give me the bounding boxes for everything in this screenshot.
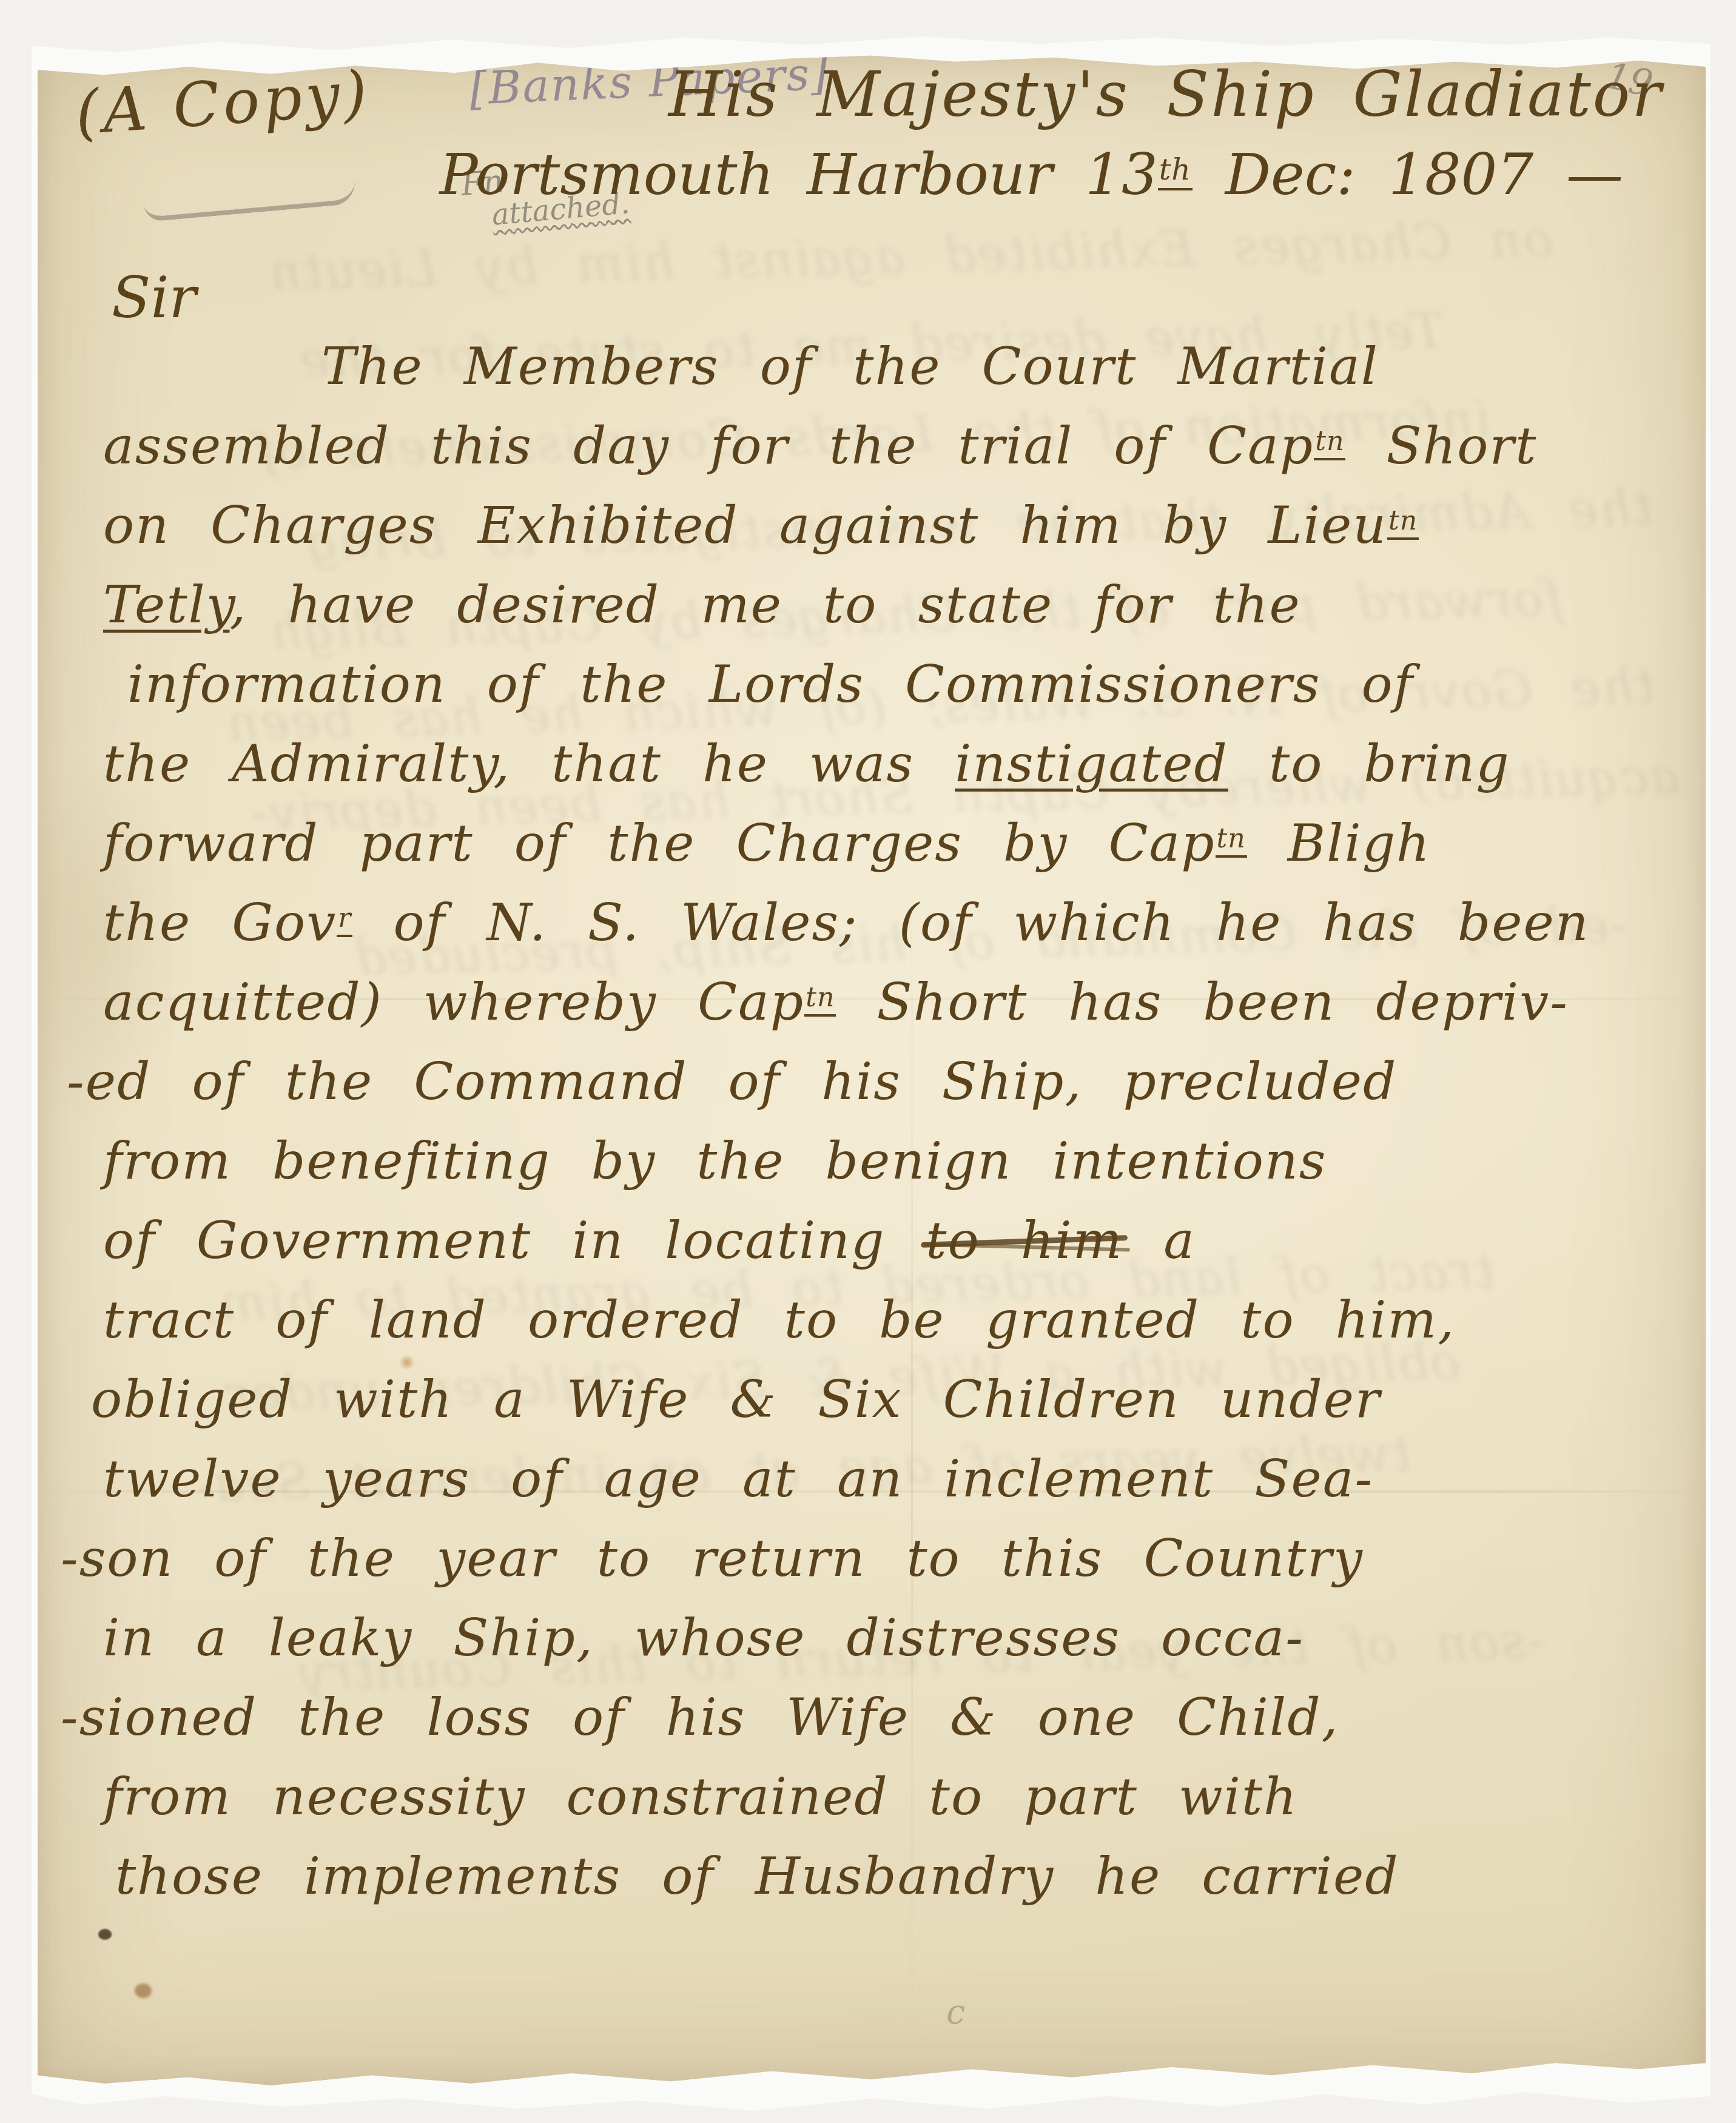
letter-text-segment: of Government in locating [103, 1211, 926, 1271]
letter-page: on Charges Exhibited against him by Lieu… [38, 52, 1706, 2085]
letter-text-segment: instigated [955, 734, 1228, 794]
letter-text-segment: tn [1216, 823, 1247, 858]
letter-text-segment: those implements of Husbandry he carried [115, 1846, 1399, 1906]
letter-line: obliged with a Wife & Six Children under [91, 1370, 1681, 1449]
letter-line: those implements of Husbandry he carried [115, 1846, 1681, 1926]
letter-line: from benefiting by the benign intentions [103, 1131, 1681, 1211]
letterhead: His Majesty's Ship Gladiator Portsmouth … [440, 59, 1663, 208]
letter-text-segment: a [1123, 1211, 1196, 1271]
letter-text-segment: -ed of the Command of his Ship, preclude… [67, 1052, 1397, 1112]
letter-line: on Charges Exhibited against him by Lieu… [103, 496, 1681, 575]
letter-text-segment: on Charges Exhibited against him by Lieu [103, 496, 1387, 556]
letter-text-segment: to bring [1228, 734, 1510, 794]
letter-text-segment: tract of land ordered to be granted to h… [103, 1290, 1455, 1350]
letter-text-segment: from benefiting by the benign intentions [103, 1131, 1327, 1191]
letter-text-segment: assembled this day for the trial of Cap [103, 416, 1314, 476]
letter-text-segment: obliged with a Wife & Six Children under [91, 1370, 1381, 1430]
letter-text-segment: -son of the year to return to this Count… [61, 1529, 1364, 1589]
letter-line: The Members of the Court Martial [321, 337, 1681, 416]
date-line-post: Dec: 1807 — [1193, 142, 1623, 208]
bleed-through-text: on Charges Exhibited against him by Lieu… [267, 210, 1554, 301]
letter-line: in a leaky Ship, whose distresses occa- [103, 1608, 1681, 1687]
letter-line: Tetly, have desired me to state for the [103, 575, 1681, 654]
letter-text-segment: Tetly [103, 575, 229, 635]
ink-dot [98, 1929, 112, 1940]
stain [135, 1983, 152, 1998]
letter-text-segment: from necessity constrained to part with [103, 1767, 1298, 1827]
date-line-pre: Portsmouth Harbour 13 [440, 142, 1158, 208]
letter-text-segment: tn [1387, 505, 1419, 540]
letter-line: the Govr of N. S. Wales; (of which he ha… [103, 893, 1681, 972]
date-line: Portsmouth Harbour 13th Dec: 1807 — [440, 142, 1663, 208]
letter-body: The Members of the Court Martialassemble… [103, 337, 1681, 1926]
letter-line: information of the Lords Commissioners o… [127, 654, 1681, 734]
letter-text-segment: tn [1314, 426, 1345, 460]
letter-text-segment: Short has been depriv- [836, 972, 1569, 1032]
letter-text-segment: in a leaky Ship, whose distresses occa- [103, 1608, 1304, 1668]
letter-text-segment: tn [804, 982, 836, 1017]
letter-text-segment: , have desired me to state for the [229, 575, 1300, 635]
letter-line: the Admiralty, that he was instigated to… [103, 734, 1681, 813]
letter-line: assembled this day for the trial of Capt… [103, 416, 1681, 496]
salutation: Sir [112, 265, 196, 331]
letter-text-segment: to him [926, 1211, 1123, 1271]
letter-text-segment: acquitted) whereby Cap [103, 972, 804, 1032]
letter-line: from necessity constrained to part with [103, 1767, 1681, 1846]
letter-line: -ed of the Command of his Ship, preclude… [67, 1052, 1681, 1131]
letter-text-segment: the Gov [103, 893, 337, 953]
letter-line: twelve years of age at an inclement Sea- [103, 1449, 1681, 1529]
letter-line: -sioned the loss of his Wife & one Child… [61, 1687, 1681, 1767]
scan-background: on Charges Exhibited against him by Lieu… [0, 0, 1736, 2123]
letter-line: -son of the year to return to this Count… [61, 1529, 1681, 1608]
letter-text-segment: the Admiralty, that he was [103, 734, 955, 794]
date-line-superscript: th [1158, 152, 1193, 190]
letter-text-segment: forward part of the Charges by Cap [103, 813, 1216, 873]
letter-text-segment: of N. S. Wales; (of which he has been [352, 893, 1589, 953]
bottom-pencil-mark: c [946, 1993, 965, 2032]
letter-text-segment: -sioned the loss of his Wife & one Child… [61, 1687, 1339, 1748]
letter-text-segment: information of the Lords Commissioners o… [127, 654, 1414, 715]
letter-line: tract of land ordered to be granted to h… [103, 1290, 1681, 1370]
letter-line: acquitted) whereby Captn Short has been … [103, 972, 1681, 1052]
letter-text-segment: Bligh [1247, 813, 1431, 873]
letter-line: forward part of the Charges by Captn Bli… [103, 813, 1681, 893]
letter-text-segment: Short [1345, 416, 1537, 476]
pencil-squiggle [143, 181, 357, 222]
letter-text-segment: twelve years of age at an inclement Sea- [103, 1449, 1373, 1509]
letter-line: of Government in locating to him a [103, 1211, 1681, 1290]
letter-text-segment: The Members of the Court Martial [321, 337, 1379, 397]
letter-text-segment: r [337, 903, 352, 937]
